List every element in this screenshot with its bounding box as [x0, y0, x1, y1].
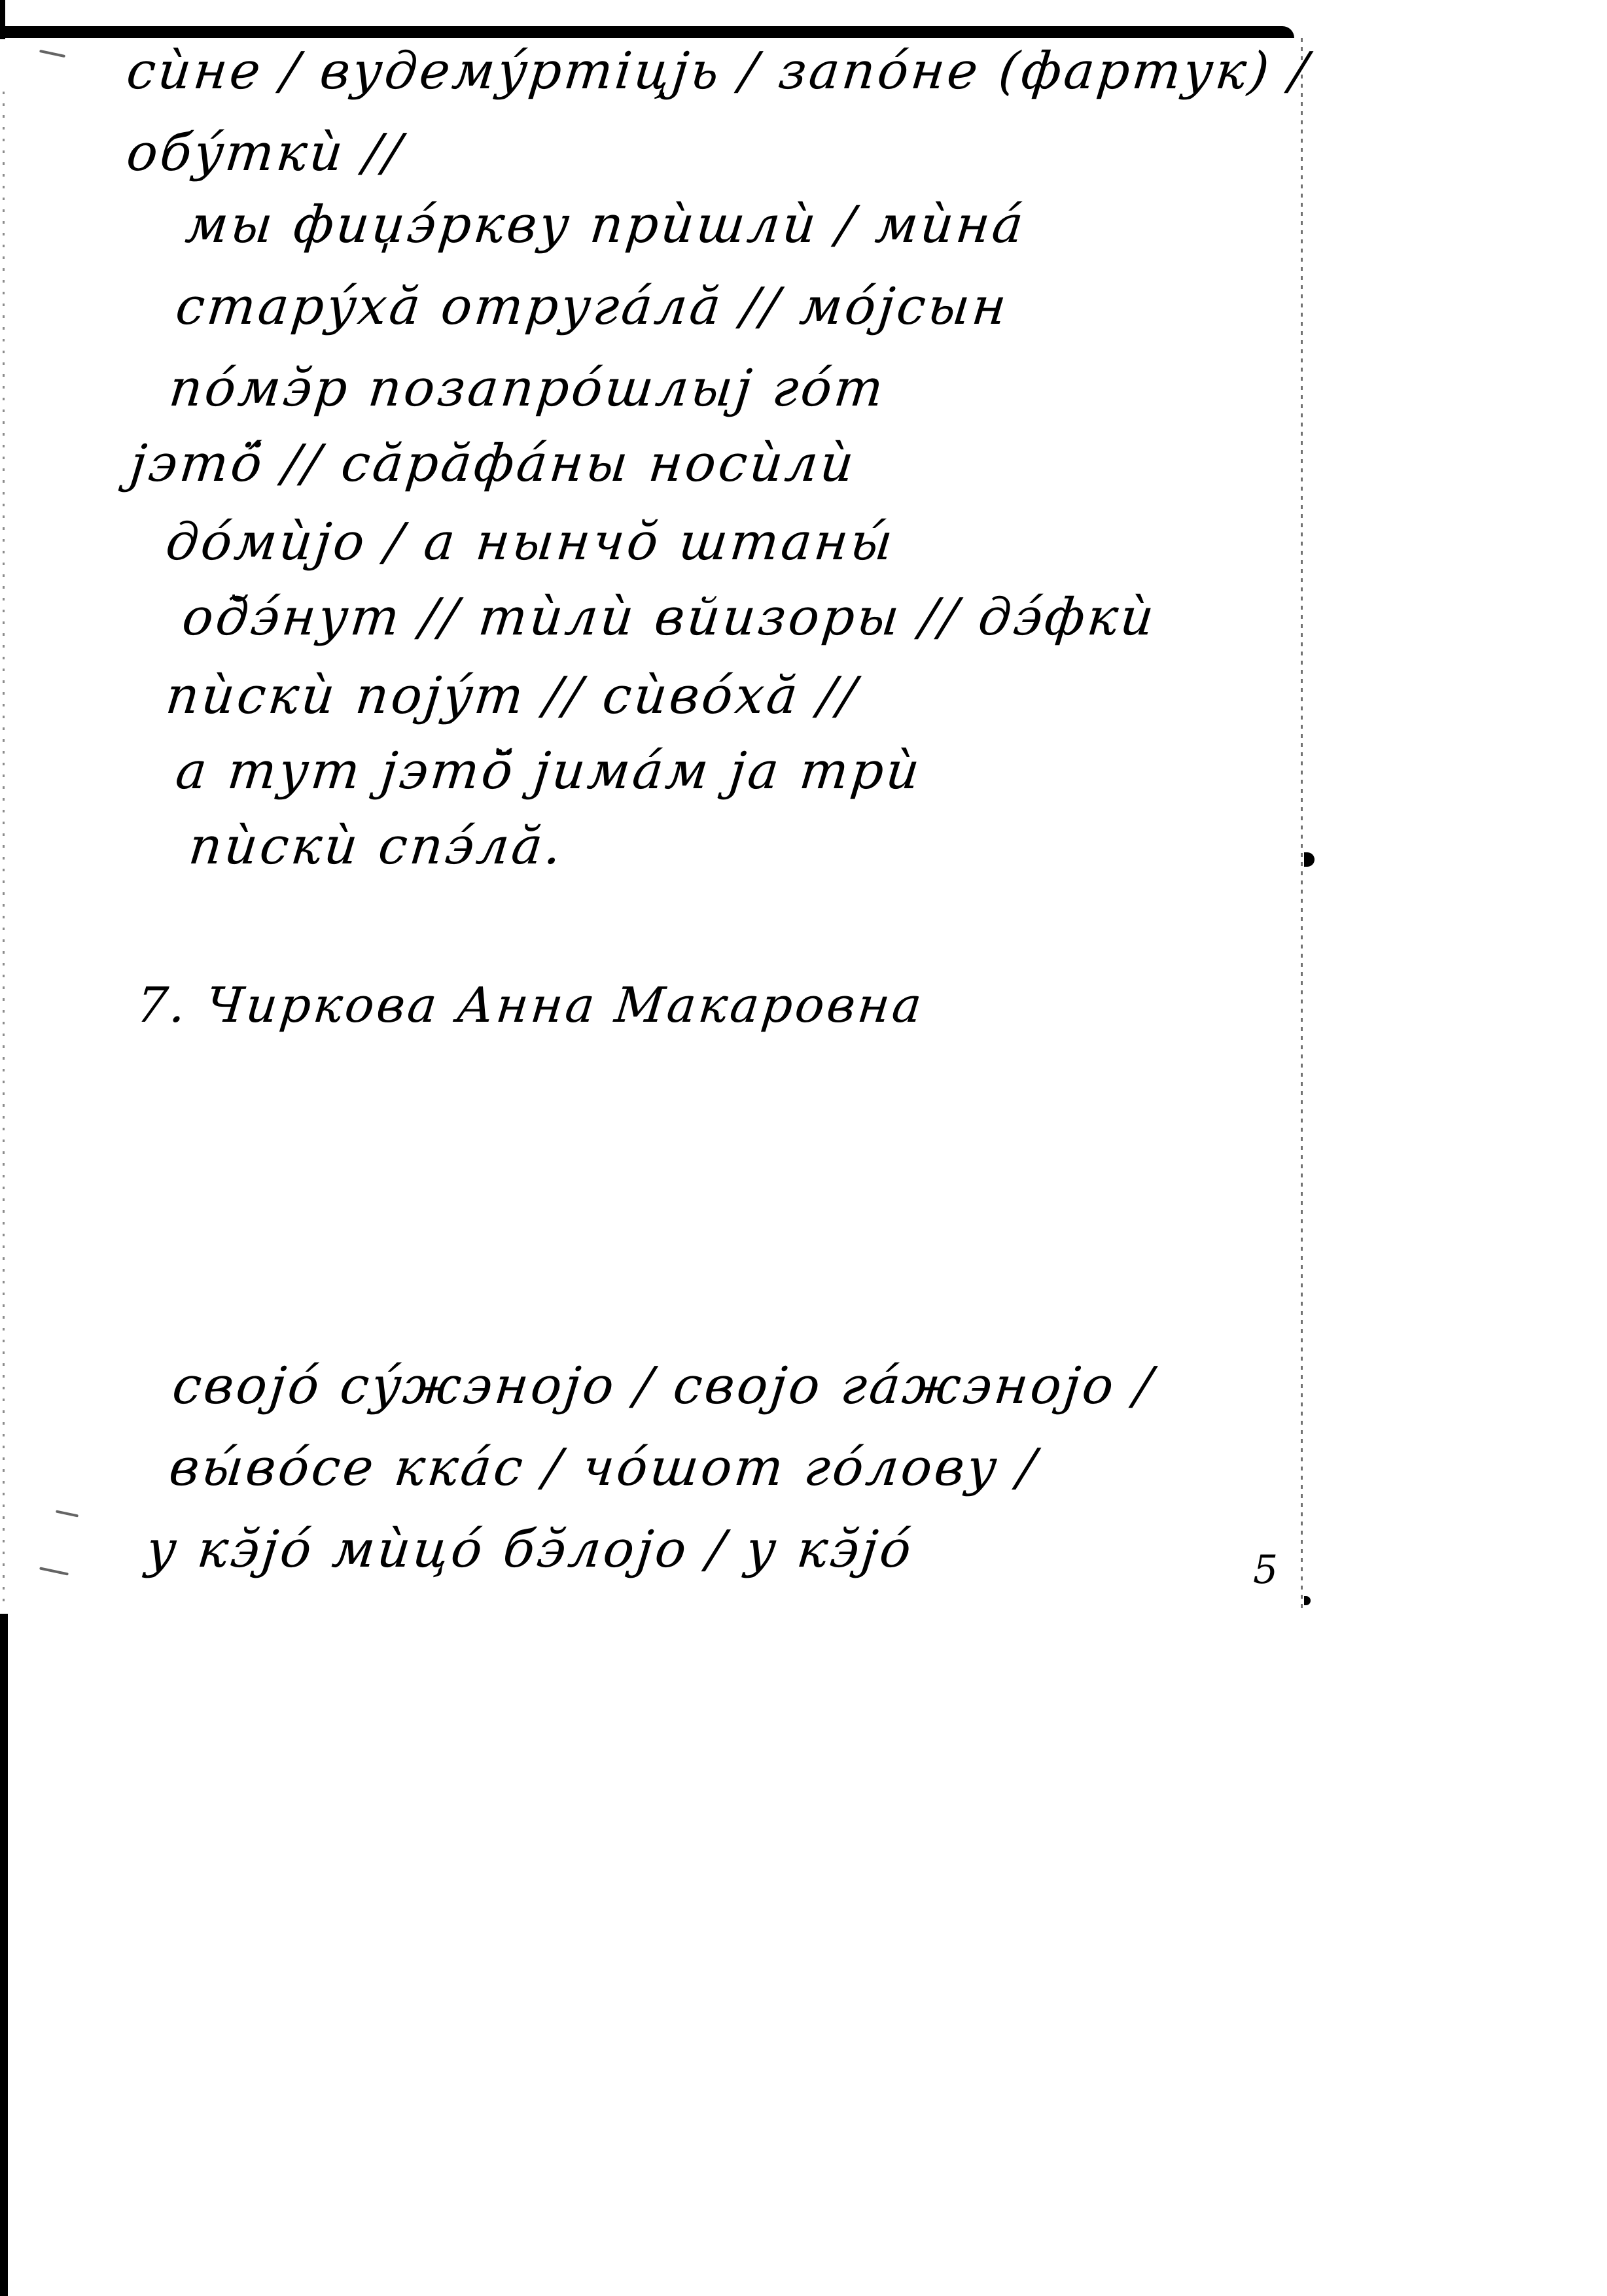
punch-hole-mark: [1304, 1596, 1311, 1605]
page-number: 5: [1253, 1547, 1278, 1593]
handwritten-line: jэтӧ́ // сӑрӑфáны носѝлѝ: [128, 438, 858, 489]
handwritten-line: обýткѝ //: [124, 128, 406, 179]
handwritten-line: старýхӑ отругáлӑ // мójсын: [173, 281, 1011, 332]
handwritten-line: пѝскѝ поjýт // сѝвóхӑ //: [164, 670, 861, 722]
scan-smudge: [56, 1510, 79, 1517]
paper-left-edge: [3, 92, 5, 1609]
scan-left-border: [0, 1614, 8, 2296]
punch-hole-mark: [1304, 852, 1315, 867]
handwritten-line: пѝскѝ спэ́лӑ.: [186, 821, 567, 872]
handwritten-line: сѝне / вудемýртiцjь / запóне (фартук) /: [124, 46, 1313, 97]
handwritten-line: а тут jэтӧ̆ jимáм jа трѝ: [173, 746, 925, 797]
handwritten-line: своjó сýжэнojo / своjо гáжэнojo /: [170, 1361, 1157, 1412]
scanned-page: сѝне / вудемýртiцjь / запóне (фартук) / …: [0, 0, 1607, 2296]
paper-right-edge: [1301, 38, 1303, 1608]
handwritten-line: мы фиџэ́ркву прѝшлѝ / мѝна́: [183, 200, 1028, 251]
handwritten-line: у кэ̆jó мѝцó бэ̆лojo / у кэ̆jó: [144, 1524, 916, 1575]
handwritten-line: пóмэ̆р позапрóшлыj гóт: [167, 363, 888, 414]
scan-smudge: [39, 50, 65, 58]
handwritten-line: вы́вóсе ккáс / чóшот гóлову /: [167, 1442, 1040, 1493]
handwritten-line: од̆э́нут // тѝлѝ вйизоры // дэ́фкѝ: [180, 592, 1159, 643]
scan-left-corner: [0, 0, 5, 39]
speaker-heading: 7. Чиркова Анна Макаровна: [134, 981, 927, 1030]
scan-smudge: [39, 1567, 69, 1575]
handwritten-line: дóмѝjо / а нынчо̆ штаны́: [164, 517, 898, 568]
scan-top-border: [0, 26, 1294, 38]
